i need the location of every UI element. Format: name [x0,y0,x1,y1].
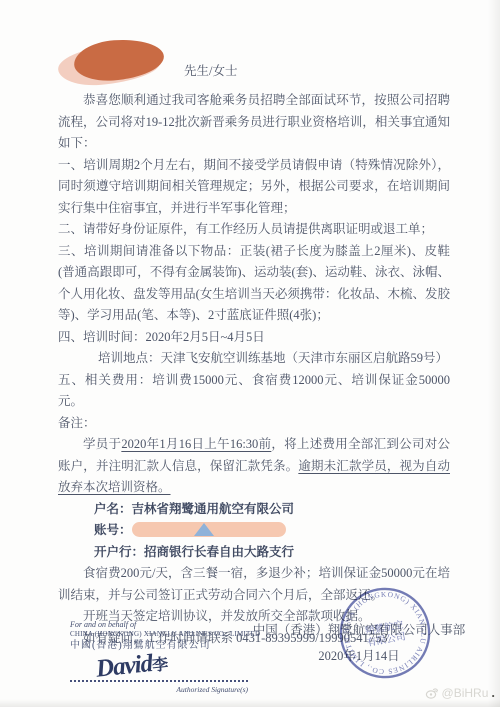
scanned-offer-letter: 先生/女士 恭喜您顺利通过我司客舱乘务员招聘全部面试环节，按照公司招聘流程，公司… [0,0,500,707]
item-2: 二、请带好身份证原件，有工作经历人员请提供离职证明或退工单； [58,219,450,241]
note-deadline-underlined: 2020年1月16日上午16:30前 [121,437,271,451]
item-4-time: 四、培训时间：2020年2月5日~4月5日 [58,327,450,349]
redaction-scribble [73,37,166,83]
signature-dotted-line: David李 [70,670,248,682]
handwritten-signature: David李 [95,648,170,683]
obo-line-1: For and on behalf of [70,620,265,630]
signature-name: David [95,650,154,683]
weibo-watermark-icon [425,686,439,700]
scan-edge-shadow-right [488,0,500,707]
greeting-row: 先生/女士 [58,38,450,86]
intro-paragraph: 恭喜您顺利通过我司客舱乘务员招聘全部面试环节，按照公司招聘流程，公司将对19-1… [58,90,450,155]
name-redaction [58,38,174,86]
redaction-blue-mark [194,523,214,536]
item-3: 三、培训期间请准备以下物品：正装(裙子长度为膝盖上2厘米)、皮鞋(普通高跟即可，… [58,241,450,327]
signature-name-cn: 李 [151,656,169,675]
watermark: @BiHRu . [425,685,495,700]
obo-company-en: CHINA (HONGKONG) XIANGLU AIRLINES CO., L… [70,630,265,639]
note-seg1: 学员于 [83,437,121,451]
signature-block: For and on behalf of CHINA (HONGKONG) XI… [70,620,265,694]
account-number-line: 账号： [94,520,450,542]
item-4-place: 培训地点：天津飞安航空训练基地（天津市东丽区启航路59号） [98,348,450,370]
account-name-line: 户名：吉林省翔鹭通用航空有限公司 [94,499,450,521]
bank-branch-line: 开户行：招商银行长春自由大路支行 [94,542,450,564]
item-5: 五、相关费用：培训费15000元、食宿费12000元、培训保证金50000元。 [58,370,450,413]
obo-company-cn: 中國(香港)翔鷺航空有限公司 [70,639,265,652]
letter-body: 先生/女士 恭喜您顺利通过我司客舱乘务员招聘全部面试环节，按照公司招聘流程，公司… [58,38,450,649]
item-1: 一、培训周期2个月左右，期间不接受学员请假申请（特殊情况除外），同时须遵守培训期… [58,155,450,220]
account-number-redaction [132,522,286,537]
account-number-label: 账号： [94,523,132,537]
watermark-dot: . [491,685,495,700]
greeting-label: 先生/女士 [184,61,237,87]
authorized-signature-caption: Authorized Signature(s) [70,685,248,694]
remit-note: 学员于2020年1月16日上午16:30前，将上述费用全部汇到公司对公账户，并注… [58,434,450,499]
remark-label: 备注： [58,413,450,435]
company-seal: CHINA (HONGKONG) XIANGLU AIRLINES CO., L… [328,576,442,690]
scan-edge-shadow-bottom [0,699,500,707]
watermark-text: @BiHRu [442,686,489,700]
